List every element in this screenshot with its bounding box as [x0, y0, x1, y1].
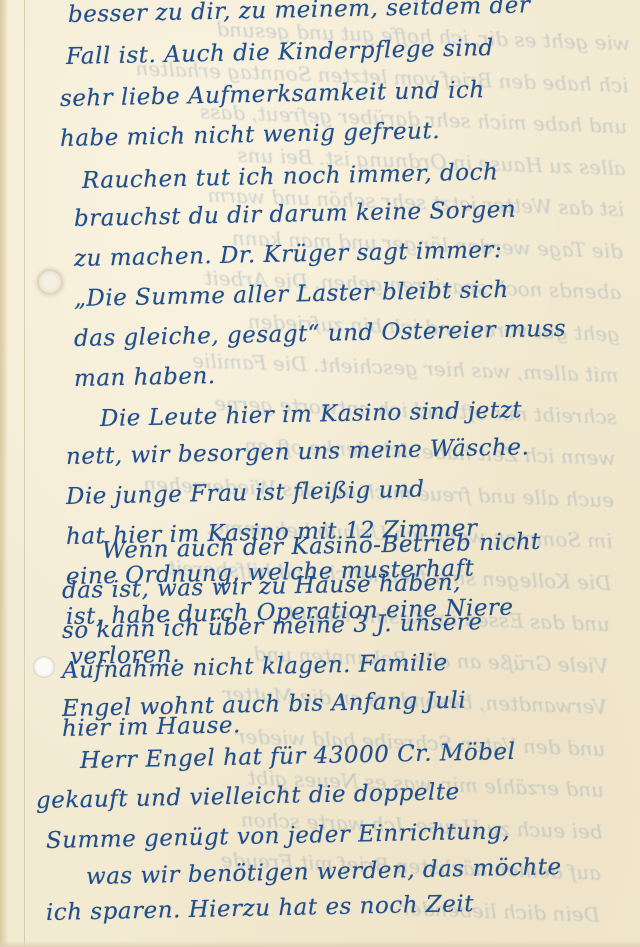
handwritten-line: ich sparen. Hierzu hat es noch Zeit — [46, 891, 475, 926]
handwritten-line: hier im Hause. — [62, 712, 241, 742]
handwritten-line: Fall ist. Auch die Kinderpflege sind — [66, 35, 494, 70]
punch-hole — [33, 656, 55, 678]
punch-hole — [39, 271, 61, 293]
letter-page: wie geht es dir, ich hoffe gut und gesun… — [0, 0, 640, 947]
handwritten-line: gekauft und vielleicht die doppelte — [36, 779, 460, 814]
handwritten-line: besser zu dir, zu meinem, seitdem der — [68, 0, 531, 28]
handwritten-line: was wir benötigen werden, das möchte — [86, 854, 562, 890]
handwritten-line: brauchst du dir darum keine Sorgen — [74, 197, 517, 232]
handwritten-line: Summe genügt von jeder Einrichtung, — [46, 818, 511, 854]
handwritten-line: zu machen. Dr. Krüger sagt immer: — [74, 237, 503, 272]
handwritten-line: nett, wir besorgen uns meine Wäsche. — [66, 434, 530, 470]
paper-bottom-edge — [0, 941, 640, 947]
handwritten-line: man haben. — [74, 363, 216, 392]
handwritten-line: habe mich nicht wenig gefreut. — [60, 118, 441, 152]
handwritten-line: Die Leute hier im Kasino sind jetzt — [100, 397, 522, 432]
handwritten-line: „Die Summe aller Laster bleibt sich — [74, 277, 509, 312]
handwritten-line: Rauchen tut ich noch immer, doch — [82, 159, 499, 194]
handwritten-line: das gleiche, gesagt“ und Ostereier muss — [74, 316, 567, 352]
handwritten-line: Die junge Frau ist fleißig und — [66, 476, 425, 510]
paper-left-edge — [0, 0, 8, 947]
handwritten-line: sehr liebe Aufmerksamkeit und ich — [60, 77, 485, 112]
handwritten-line: Herr Engel hat für 43000 Cr. Möbel — [80, 739, 516, 774]
paper-fold-line — [24, 0, 25, 947]
